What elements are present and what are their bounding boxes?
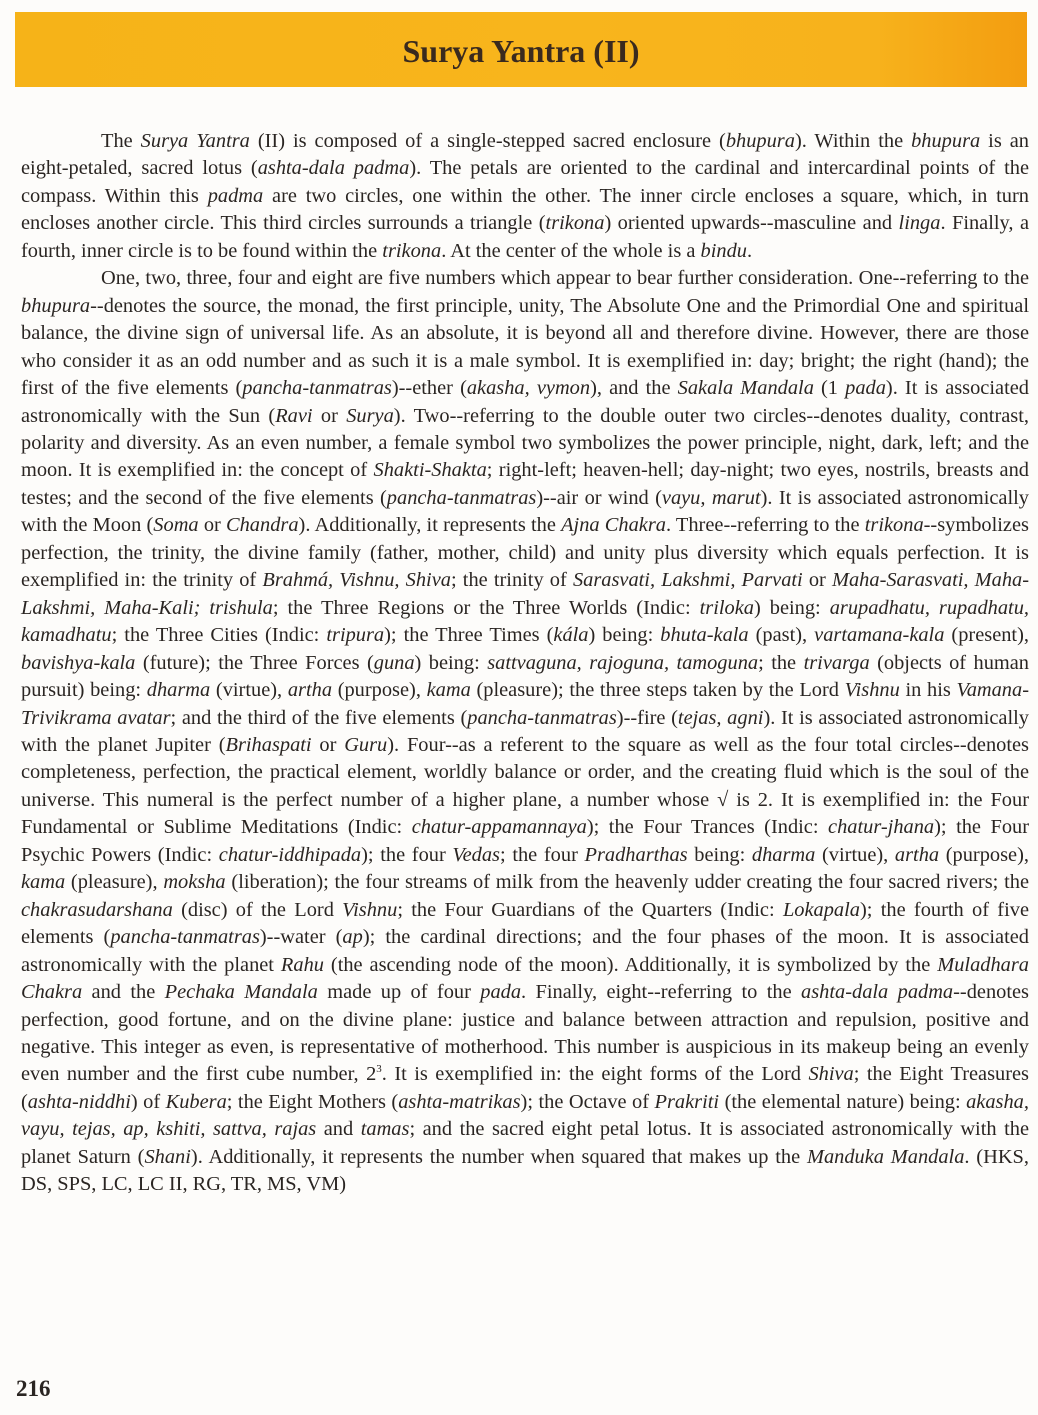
italic-term: Pradharthas [585,844,688,866]
italic-term: kama [427,679,471,701]
italic-term: bhupura [21,295,90,317]
italic-term: trikona [546,212,605,234]
italic-term: Guru [344,734,387,756]
italic-term: Chandra [226,514,299,536]
italic-term: bhuta-kala [660,624,748,646]
italic-term: Sarasvati, Lakshmi, Parvati [573,569,803,591]
italic-term: Vishnu [342,899,397,921]
italic-term: Brihaspati [226,734,312,756]
italic-term: tamas [361,1118,410,1140]
italic-term: pancha-tanmatras [467,707,617,729]
italic-term: ashta-dala padma [258,157,410,179]
italic-term: moksha [163,871,225,893]
italic-term: pancha-tanmatras [110,926,260,948]
paragraph-intro: The Surya Yantra (II) is composed of a s… [21,128,1029,265]
superscript: 3 [376,1064,382,1076]
italic-term: bhupura [911,130,980,152]
italic-term: Rahu [281,954,324,976]
italic-term: Surya [346,405,394,427]
italic-term: kála [553,624,588,646]
italic-term: trivarga [804,652,870,674]
italic-term: padma [208,185,264,207]
body-text: The Surya Yantra (II) is composed of a s… [21,128,1029,1199]
italic-term: vayu, marut [662,487,761,509]
italic-term: linga [899,212,941,234]
italic-term: pancha-tanmatras [387,487,537,509]
italic-term: Ravi [275,405,312,427]
italic-term: Vishnu [845,679,900,701]
italic-term: trikona [865,514,924,536]
italic-term: artha [895,844,939,866]
italic-term: Ajna Chakra [561,514,666,536]
italic-term: Shani [144,1146,190,1168]
italic-term: ashta-niddhi [28,1091,131,1113]
italic-term: chatur-appamannaya [412,816,587,838]
italic-term: bindu [701,240,747,262]
italic-term: Lokapala [783,899,860,921]
italic-term: artha [288,679,332,701]
italic-term: Pechaka Mandala [165,981,318,1003]
italic-term: Shiva [808,1063,853,1085]
italic-term: trikona [382,240,441,262]
italic-term: dharma [147,679,210,701]
italic-term: Shakti-Shakta [374,459,487,481]
italic-term: bhupura [726,130,795,152]
italic-term: ashta-dala padma [801,981,953,1003]
italic-term: akasha, vymon [467,377,590,399]
italic-term: dharma [752,844,815,866]
italic-term: pada [845,377,886,399]
italic-term: vartamana-kala [814,624,944,646]
italic-term: Kubera [166,1091,227,1113]
italic-term: Sakala Mandala [678,377,814,399]
italic-term: ashta-matrikas [398,1091,520,1113]
italic-term: chakrasudarshana [21,899,173,921]
italic-term: pancha-tanmatras [242,377,392,399]
italic-term: tripura [326,624,384,646]
paragraph-numbers: One, two, three, four and eight are five… [21,265,1029,1198]
italic-term: Brahmá, Vishnu, Shiva [262,569,451,591]
italic-term: Soma [153,514,198,536]
italic-term: triloka [700,597,754,619]
italic-term: guna [374,652,415,674]
italic-term: tejas, agni [678,707,764,729]
italic-term: Manduka Mandala [807,1146,964,1168]
italic-term: Surya Yantra [141,130,250,152]
italic-term: bavishya-kala [21,652,135,674]
italic-term: ap [342,926,362,948]
chapter-title: Surya Yantra (II) [402,29,639,70]
italic-term: Vedas [452,844,500,866]
page-number: 216 [16,1376,51,1402]
italic-term: sattvaguna, rajoguna, tamoguna [487,652,758,674]
italic-term: Prakriti [655,1091,720,1113]
italic-term: chatur-jhana [828,816,934,838]
italic-term: pada [480,981,521,1003]
italic-term: kama [21,871,65,893]
italic-term: chatur-iddhipada [219,844,361,866]
chapter-title-banner: Surya Yantra (II) [15,12,1027,87]
